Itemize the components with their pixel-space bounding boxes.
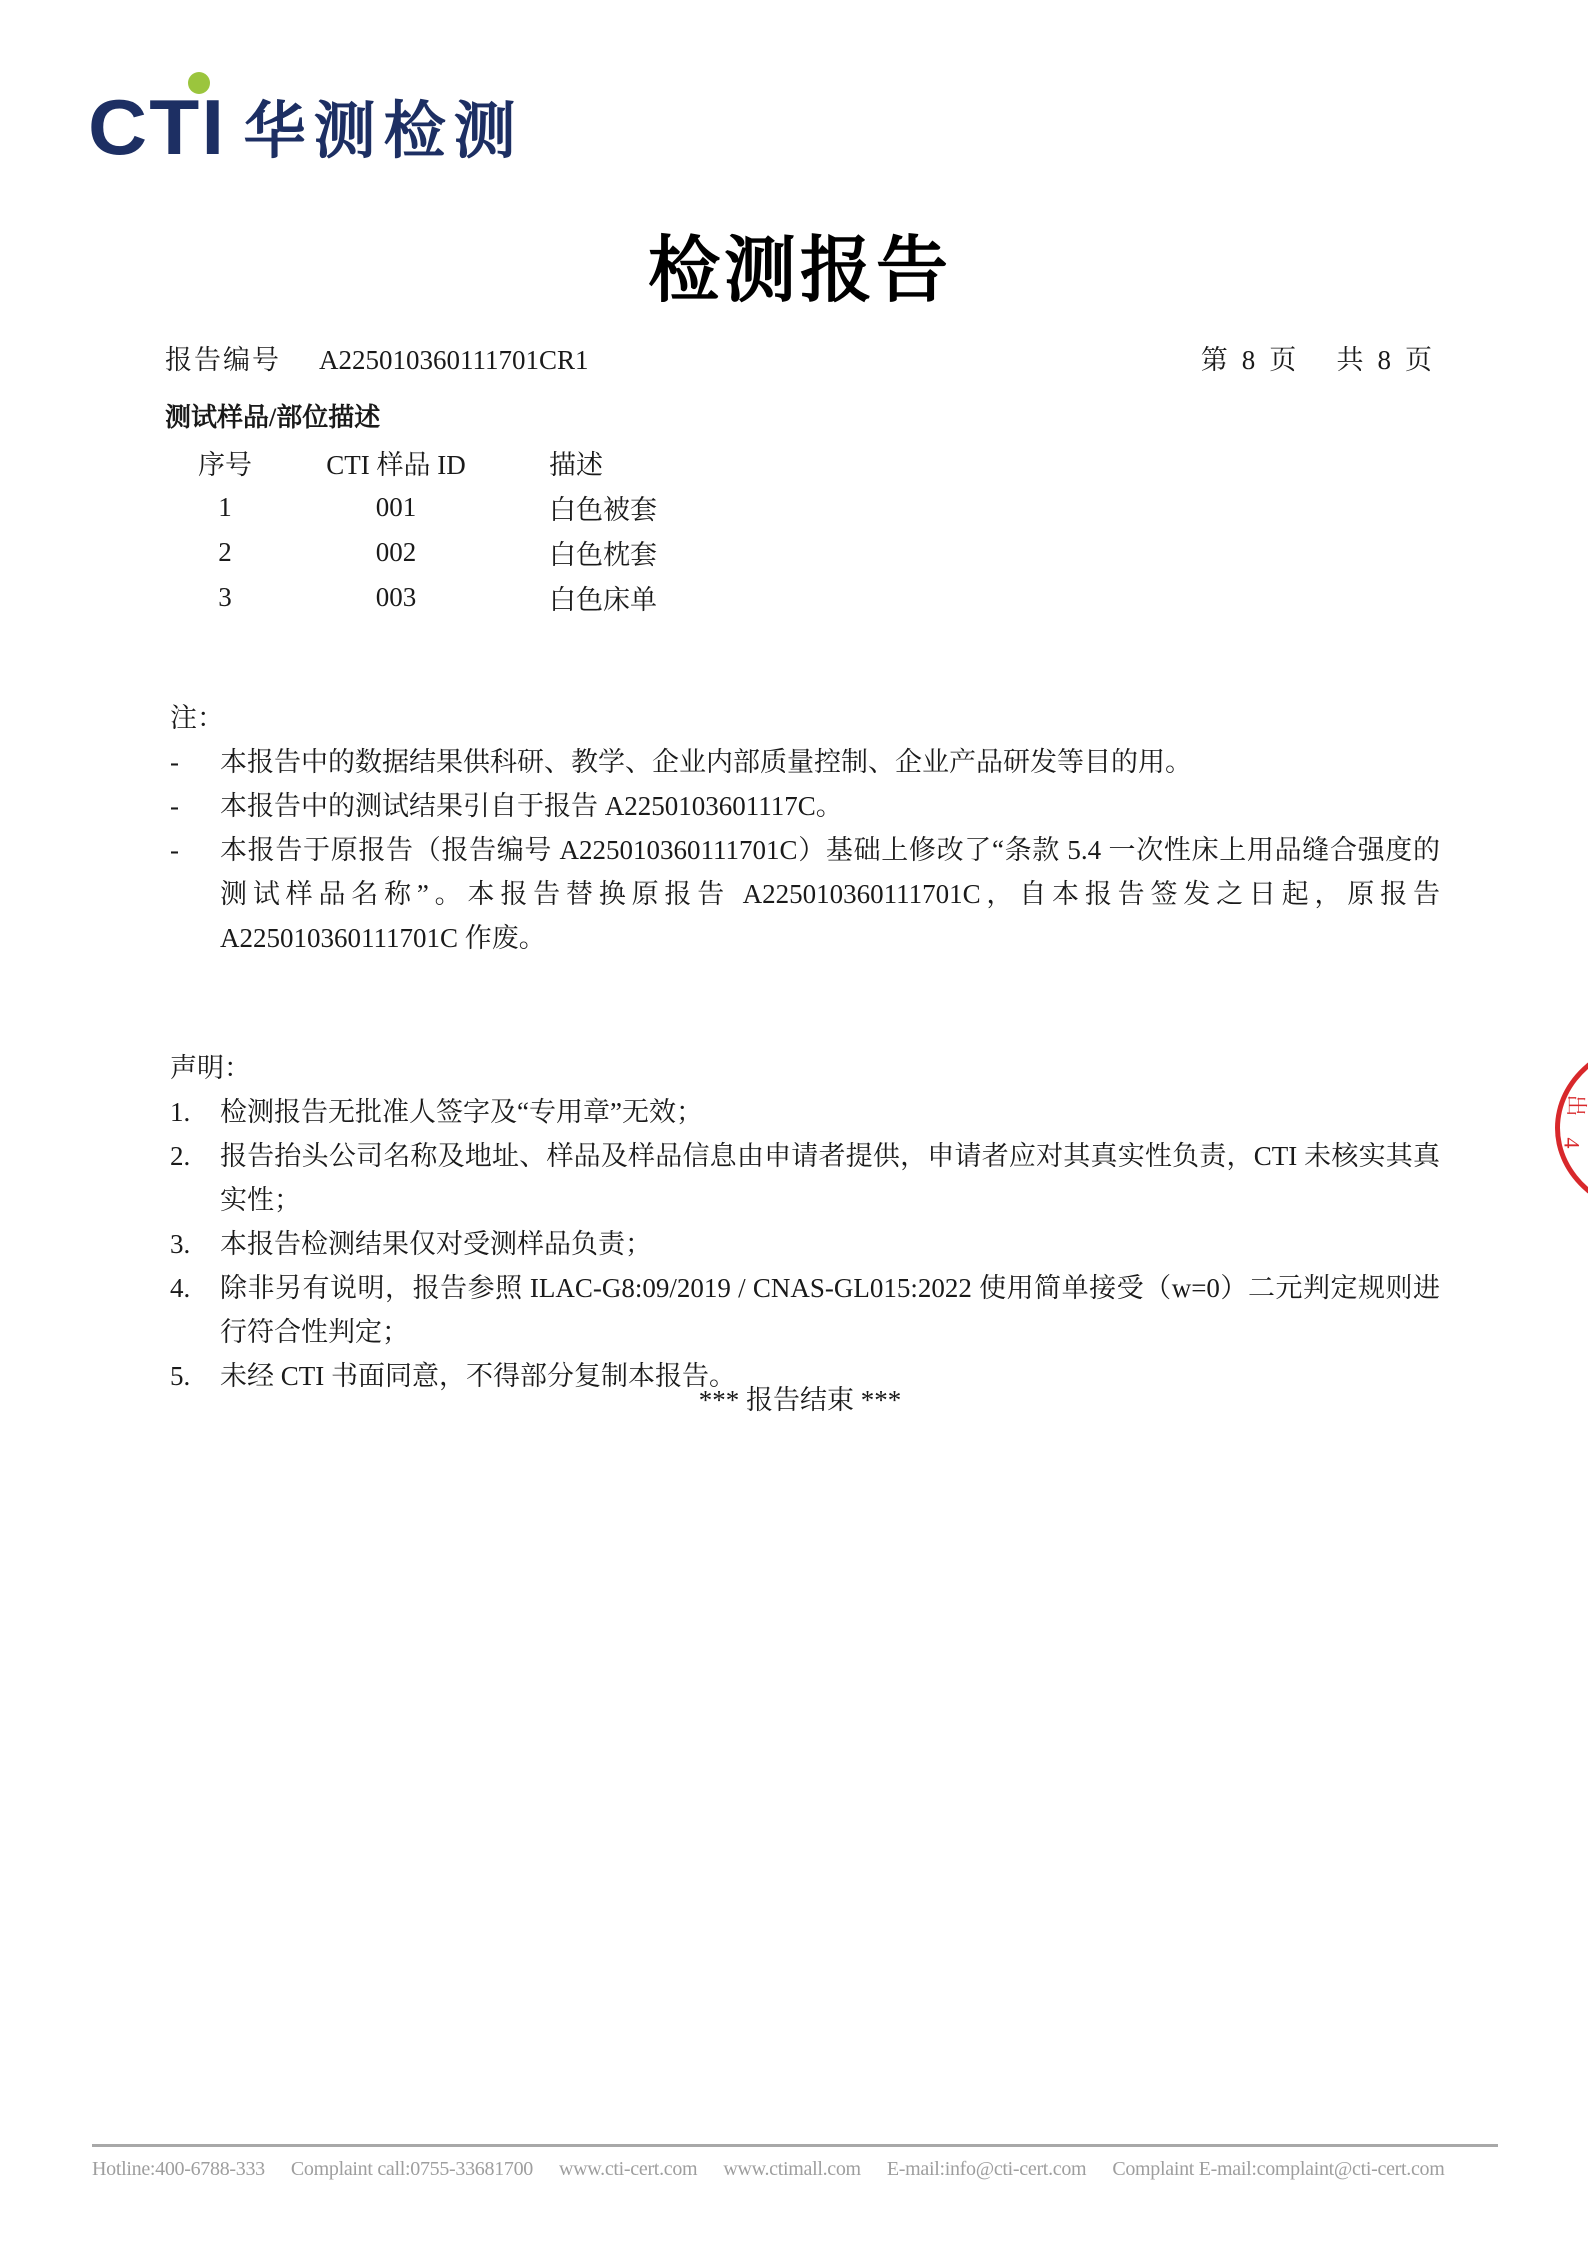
seal-char: 4 <box>1559 1138 1585 1149</box>
declaration-item: 4. 除非另有说明，报告参照 ILAC-G8:09/2019 / CNAS-GL… <box>170 1266 1440 1354</box>
footer-email: E-mail:info@cti-cert.com <box>887 2158 1086 2181</box>
page-total-unit: 页 <box>1405 345 1434 375</box>
cell-desc: 白色枕套 <box>549 533 657 572</box>
notes-heading: 注： <box>170 696 1440 740</box>
notes-section: 注： - 本报告中的数据结果供科研、教学、企业内部质量控制、企业产品研发等目的用… <box>170 696 1440 960</box>
footer-complaint-call: Complaint call:0755-33681700 <box>291 2158 533 2181</box>
cell-desc: 白色床单 <box>549 578 657 617</box>
footer-complaint-email: Complaint E-mail:complaint@cti-cert.com <box>1112 2158 1444 2181</box>
declaration-text: 本报告检测结果仅对受测样品负责； <box>220 1222 1440 1266</box>
report-number-label: 报告编号 <box>165 345 281 375</box>
table-header: 序号 CTI 样品 ID 描述 <box>165 440 657 485</box>
footer-mall-website: www.ctimall.com <box>723 2158 861 2181</box>
samples-table: 序号 CTI 样品 ID 描述 1 001 白色被套 2 002 白色枕套 3 … <box>165 440 657 620</box>
footer-contact: Hotline:400-6788-333 Complaint call:0755… <box>92 2158 1512 2181</box>
company-logo: CTI 华测检测 <box>88 66 524 166</box>
declaration-heading: 声明： <box>170 1046 1440 1090</box>
declaration-section: 声明： 1. 检测报告无批准人签字及“专用章”无效； 2. 报告抬头公司名称及地… <box>170 1046 1440 1398</box>
declaration-number: 2. <box>170 1134 220 1222</box>
table-row: 3 003 白色床单 <box>165 575 657 620</box>
report-end-marker: *** 报告结束 *** <box>0 1378 1588 1417</box>
seal-char: 出 <box>1562 1094 1588 1116</box>
declaration-text: 除非另有说明，报告参照 ILAC-G8:09/2019 / CNAS-GL015… <box>220 1266 1440 1354</box>
cell-no: 3 <box>165 582 285 613</box>
logo-dot-icon <box>188 72 210 94</box>
declaration-item: 2. 报告抬头公司名称及地址、样品及样品信息由申请者提供，申请者应对其真实性负责… <box>170 1134 1440 1222</box>
report-number-value: A225010360111701CR1 <box>319 345 589 375</box>
column-header-id: CTI 样品 ID <box>305 443 487 482</box>
report-number: 报告编号A225010360111701CR1 <box>165 338 589 377</box>
official-seal-icon <box>1555 1038 1588 1218</box>
logo-chinese-name: 华测检测 <box>244 100 524 166</box>
cell-id: 003 <box>305 582 487 613</box>
page-indicator: 第8页 共8页 <box>1195 338 1440 377</box>
samples-section-title: 测试样品/部位描述 <box>165 397 380 434</box>
declaration-number: 3. <box>170 1222 220 1266</box>
cell-no: 2 <box>165 537 285 568</box>
declaration-number: 4. <box>170 1266 220 1354</box>
note-text: 本报告中的测试结果引自于报告 A2250103601117C。 <box>220 784 1440 828</box>
declaration-text: 检测报告无批准人签字及“专用章”无效； <box>220 1090 1440 1134</box>
page-unit: 页 <box>1269 345 1298 375</box>
note-bullet: - <box>170 784 220 828</box>
column-header-no: 序号 <box>165 443 285 482</box>
declaration-number: 1. <box>170 1090 220 1134</box>
cell-no: 1 <box>165 492 285 523</box>
table-row: 2 002 白色枕套 <box>165 530 657 575</box>
footer-divider <box>92 2144 1498 2147</box>
note-item: - 本报告于原报告（报告编号 A225010360111701C）基础上修改了“… <box>170 828 1440 960</box>
page-current: 8 <box>1242 345 1258 375</box>
page-total: 8 <box>1378 345 1394 375</box>
note-bullet: - <box>170 740 220 784</box>
declaration-text: 报告抬头公司名称及地址、样品及样品信息由申请者提供，申请者应对其真实性负责，CT… <box>220 1134 1440 1222</box>
note-text: 本报告于原报告（报告编号 A225010360111701C）基础上修改了“条款… <box>220 828 1440 960</box>
page-prefix: 第 <box>1201 345 1230 375</box>
cell-desc: 白色被套 <box>549 488 657 527</box>
note-text: 本报告中的数据结果供科研、教学、企业内部质量控制、企业产品研发等目的用。 <box>220 740 1440 784</box>
cell-id: 001 <box>305 492 487 523</box>
table-row: 1 001 白色被套 <box>165 485 657 530</box>
note-bullet: - <box>170 828 220 960</box>
logo-brand: CTI <box>88 88 226 166</box>
column-header-desc: 描述 <box>549 443 603 482</box>
cell-id: 002 <box>305 537 487 568</box>
note-item: - 本报告中的数据结果供科研、教学、企业内部质量控制、企业产品研发等目的用。 <box>170 740 1440 784</box>
footer-hotline: Hotline:400-6788-333 <box>92 2158 265 2181</box>
declaration-item: 1. 检测报告无批准人签字及“专用章”无效； <box>170 1090 1440 1134</box>
note-item: - 本报告中的测试结果引自于报告 A2250103601117C。 <box>170 784 1440 828</box>
document-title: 检测报告 <box>0 212 1588 316</box>
page-total-prefix: 共 <box>1337 345 1366 375</box>
footer-website: www.cti-cert.com <box>559 2158 697 2181</box>
declaration-item: 3. 本报告检测结果仅对受测样品负责； <box>170 1222 1440 1266</box>
